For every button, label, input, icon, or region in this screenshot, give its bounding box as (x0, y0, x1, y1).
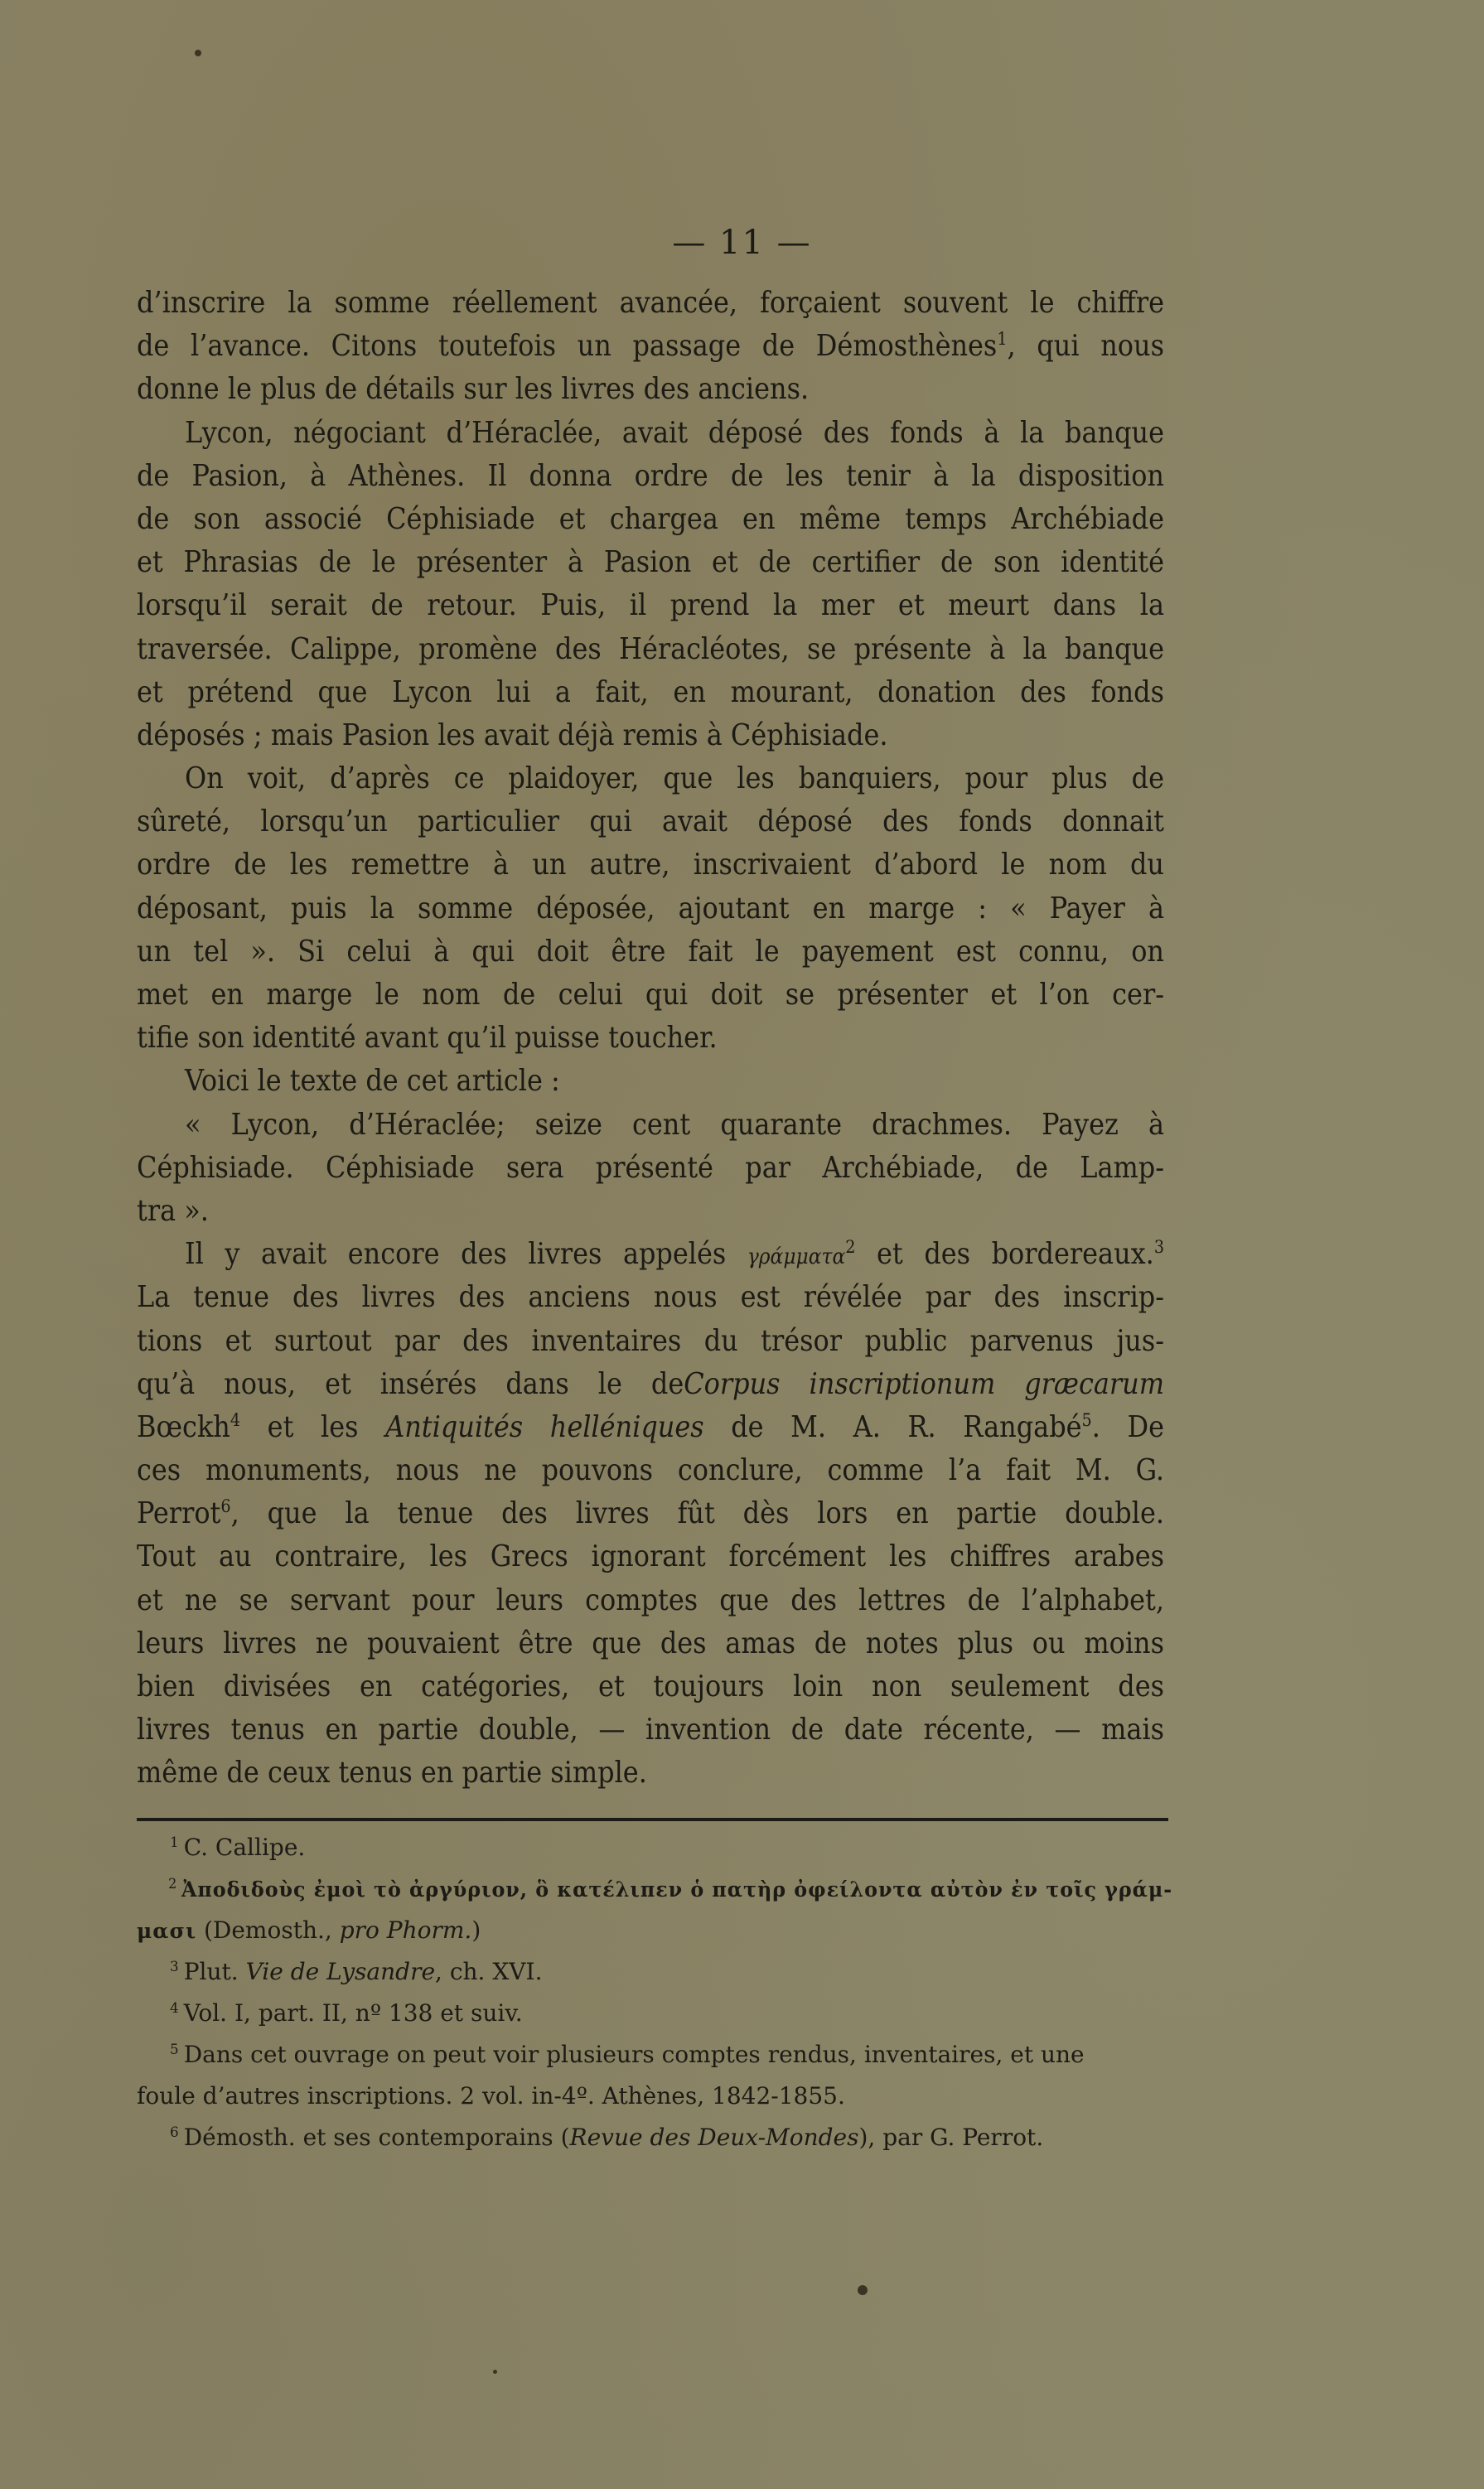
text-line: met en marge le nom de celui qui doit se… (137, 974, 1164, 1017)
text-line: ordre de les remettre à un autre, inscri… (137, 843, 1164, 887)
text-line: tifie son identité avant qu’il puisse to… (137, 1017, 1164, 1060)
footnote-ref: 3 (1154, 1237, 1164, 1258)
text-line: Perrot6, que la tenue des livres fût dès… (137, 1492, 1164, 1535)
text-line: « Lycon, d’Héraclée; seize cent quarante… (137, 1104, 1164, 1147)
footnote-separator-rule (137, 1818, 1168, 1821)
footnote-ref: 5 (1082, 1410, 1092, 1431)
greek-word: γράμματα (747, 1244, 845, 1269)
text-line: et ne se servant pour leurs comptes que … (137, 1579, 1164, 1622)
greek-quote: μασι (137, 1919, 196, 1943)
italic-title: Revue des Deux-Mondes (570, 2124, 859, 2151)
text-line: On voit, d’après ce plaidoyer, que les b… (137, 757, 1164, 800)
text-line: traversée. Calippe, promène des Héracléo… (137, 628, 1164, 671)
footnote-number: 4 (170, 1999, 179, 2016)
text-line: tra ». (137, 1190, 1164, 1233)
text-line: livres tenus en partie double, — inventi… (137, 1708, 1164, 1752)
footnote-ref: 1 (997, 329, 1007, 350)
footnote-ref: 6 (220, 1496, 230, 1517)
text-line: et Phrasias de le présenter à Pasion et … (137, 541, 1164, 584)
text-line: Lycon, négociant d’Héraclée, avait dépos… (137, 412, 1164, 455)
footnote-4: 4Vol. I, part. II, nº 138 et suiv. (137, 1993, 1172, 2034)
footnote-6: 6Démosth. et ses contemporains (Revue de… (137, 2117, 1172, 2158)
greek-quote: Ἀποδιδοὺς ἐμοὶ τὸ ἀργύριον, ὃ κατέλιπεν … (181, 1878, 1172, 1902)
text-line: de Pasion, à Athènes. Il donna ordre de … (137, 455, 1164, 498)
text-line: et prétend que Lycon lui a fait, en mour… (137, 671, 1164, 714)
footnote-5: 5Dans cet ouvrage on peut voir plusieurs… (137, 2034, 1172, 2076)
text-line: sûreté, lorsqu’un particulier qui avait … (137, 800, 1164, 843)
footnote-number: 2 (168, 1875, 176, 1892)
text-line: lorsqu’il serait de retour. Puis, il pre… (137, 584, 1164, 627)
text-line: déposant, puis la somme déposée, ajoutan… (137, 887, 1164, 930)
italic-title: Corpus inscriptionum græcarum (684, 1367, 1164, 1401)
footnote-ref: 4 (230, 1410, 240, 1431)
text-line: déposés ; mais Pasion les avait déjà rem… (137, 714, 1164, 757)
page-number: — 11 — (0, 224, 1484, 262)
body-text: d’inscrire la somme réellement avancée, … (137, 282, 1164, 1795)
text-line: Il y avait encore des livres appelés γρά… (137, 1233, 1164, 1276)
text-line: Bœckh4 et les Antiquités helléniques de … (137, 1406, 1164, 1449)
footnote-3: 3Plut. Vie de Lysandre, ch. XVI. (137, 1951, 1172, 1993)
footnote-continuation: μασι (Demosth., pro Phorm.) (137, 1910, 1172, 1951)
footnote-ref: 2 (845, 1237, 855, 1258)
book-page: — 11 — d’inscrire la somme réellement av… (0, 0, 1484, 2489)
paper-speck (493, 2370, 497, 2374)
text-line: Voici le texte de cet article : (137, 1060, 1164, 1103)
footnote-number: 5 (170, 2041, 179, 2057)
text-line: d’inscrire la somme réellement avancée, … (137, 282, 1164, 325)
text-line: qu’à nous, et insérés dans le deCorpus i… (137, 1363, 1164, 1406)
footnotes: 1C. Callipe.2Ἀποδιδοὺς ἐμοὶ τὸ ἀργύριον,… (137, 1827, 1172, 2158)
text-line: tions et surtout par des inventaires du … (137, 1320, 1164, 1363)
italic-title: Antiquités helléniques (385, 1410, 703, 1444)
paper-speck (195, 50, 201, 56)
italic-title: pro Phorm. (340, 1916, 472, 1944)
footnote-number: 3 (170, 1958, 179, 1974)
text-line: Tout au contraire, les Grecs ignorant fo… (137, 1535, 1164, 1578)
footnote-continuation: foule d’autres inscriptions. 2 vol. in-4… (137, 2076, 1172, 2117)
text-line: de l’avance. Citons toutefois un passage… (137, 325, 1164, 368)
footnote-number: 1 (170, 1834, 179, 1850)
italic-title: Vie de Lysandre (246, 1958, 435, 1985)
footnote-1: 1C. Callipe. (137, 1827, 1172, 1868)
paper-speck (858, 2285, 868, 2295)
footnote-2: 2Ἀποδιδοὺς ἐμοὶ τὸ ἀργύριον, ὃ κατέλιπεν… (137, 1868, 1123, 1910)
text-line: Céphisiade. Céphisiade sera présenté par… (137, 1147, 1164, 1190)
footnote-number: 6 (170, 2124, 179, 2140)
text-line: La tenue des livres des anciens nous est… (137, 1276, 1164, 1319)
text-line: un tel ». Si celui à qui doit être fait … (137, 930, 1164, 974)
text-line: bien divisées en catégories, et toujours… (137, 1665, 1164, 1708)
text-line: leurs livres ne pouvaient être que des a… (137, 1622, 1164, 1665)
text-line: ces monuments, nous ne pouvons conclure,… (137, 1449, 1164, 1492)
text-line: de son associé Céphisiade et chargea en … (137, 498, 1164, 541)
text-line: donne le plus de détails sur les livres … (137, 368, 1164, 411)
text-line: même de ceux tenus en partie simple. (137, 1752, 1164, 1795)
